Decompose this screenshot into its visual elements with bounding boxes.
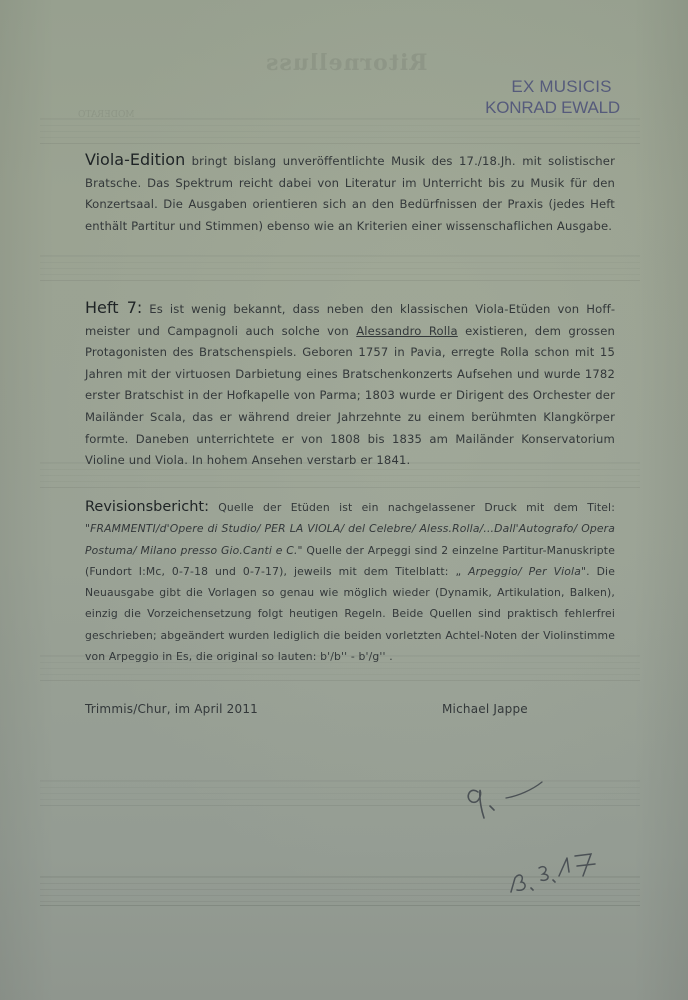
show-through-title: Ritornelluss: [265, 50, 428, 76]
revision-text-1: Quelle der Etüden ist ein nachgelassener…: [209, 501, 615, 514]
heft-paragraph: Heft 7: Es ist wenig bekannt, dass neben…: [85, 297, 615, 472]
document-page: Ritornelluss MODERATO EX MUSICIS KONRAD …: [0, 0, 688, 1000]
stamp-line-2: KONRAD EWALD: [485, 97, 620, 118]
author-name: Michael Jappe: [442, 702, 528, 716]
handwritten-date: [505, 846, 635, 896]
heft-lead: Heft 7:: [85, 298, 142, 317]
place-date: Trimmis/Chur, im April 2011: [85, 702, 258, 716]
show-through-staff: [40, 118, 640, 144]
revision-paragraph: Revisionsbericht: Quelle der Etüden ist …: [85, 497, 615, 667]
handwritten-initial: [462, 780, 552, 830]
revision-lead: Revisionsbericht:: [85, 499, 209, 515]
heft-text-after: existieren, dem grossen Protagonisten de…: [85, 324, 615, 468]
stamp-line-1: EX MUSICIS: [503, 76, 620, 97]
show-through-staff: [40, 255, 640, 281]
intro-paragraph: Viola-Edition bringt bislang unveröffent…: [85, 149, 615, 237]
intro-lead: Viola-Edition: [85, 150, 185, 169]
composer-name: Alessandro Rolla: [356, 324, 458, 338]
arpeggio-title: Arpeggio/ Per Viola": [468, 565, 586, 578]
owner-stamp: EX MUSICIS KONRAD EWALD: [503, 76, 620, 118]
revision-text-3: . Die Neuausgabe gibt die Vorlagen so ge…: [85, 565, 615, 663]
